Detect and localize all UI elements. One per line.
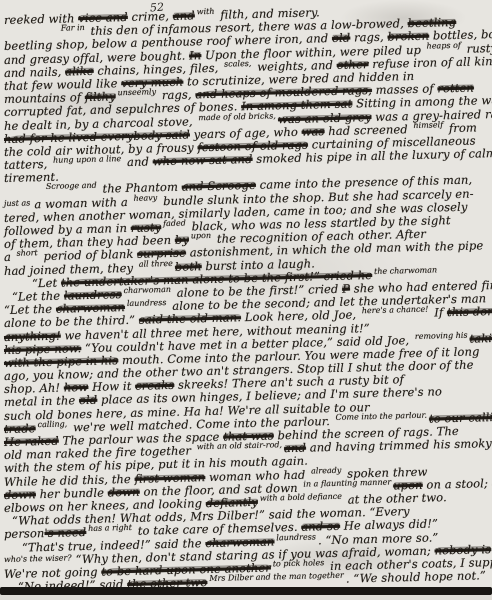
manuscript-page: 52 reeked with vice and crime, andwith f… <box>0 0 492 600</box>
inserted-text: upon <box>191 231 211 240</box>
inserted-text: laundress <box>276 532 316 542</box>
inserted-text: with a bold defiance <box>260 492 342 503</box>
inserted-text: here's a chance! <box>362 305 429 316</box>
text-segment: . “We should hope not.” <box>346 568 486 585</box>
inserted-text: hung upon a line <box>53 154 121 165</box>
margin-note: who's the wiser? <box>4 553 72 564</box>
deleted-text: this don't beat <box>447 303 492 319</box>
inserted-text: the charwoman <box>374 265 437 276</box>
inserted-text: Mrs Dilber and the man together <box>209 571 344 583</box>
inserted-text: with an old stair-rod, <box>197 440 283 451</box>
deleted-text: taking <box>469 330 492 345</box>
inserted-text: short <box>16 249 37 259</box>
photo-edge-light <box>0 595 492 600</box>
deleted-text: old <box>332 31 351 45</box>
inserted-text: made of old bricks, <box>198 111 276 122</box>
deleted-text: was <box>301 124 324 139</box>
inserted-text: unseemly <box>117 87 156 97</box>
inserted-text: all three <box>139 258 173 268</box>
inserted-text: scales, <box>224 59 252 69</box>
inserted-text: charwoman <box>123 285 171 295</box>
inserted-text: heaps of <box>426 40 460 50</box>
inserted-text: himself <box>413 120 443 130</box>
inserted-text: Far in <box>61 23 85 33</box>
inserted-text: calling, <box>37 419 67 429</box>
inserted-text: Come into the parlour. <box>335 410 427 421</box>
inserted-text: in a flaunting manner <box>303 477 391 488</box>
margin-note: just as <box>4 198 31 208</box>
deleted-text: both <box>175 259 202 274</box>
inserted-text: faded <box>163 219 186 229</box>
deleted-text: P <box>342 281 350 295</box>
inserted-text: laundress <box>127 298 167 308</box>
manuscript-text: reeked with vice and crime, andwith filt… <box>4 13 490 593</box>
text-segment: person <box>4 526 45 541</box>
text-segment: rusty keys, <box>463 40 492 56</box>
photo-edge <box>0 587 492 595</box>
inserted-text: already <box>311 465 342 475</box>
inserted-text: heavy <box>133 193 157 203</box>
text-segment: rags, <box>350 30 388 45</box>
text-segment: If <box>430 305 447 319</box>
inserted-text: removing his <box>415 330 468 340</box>
deleted-text: In <box>189 48 201 62</box>
inserted-text: with <box>197 7 215 16</box>
deleted-text: old <box>79 393 98 407</box>
inserted-text: has a right <box>88 523 132 533</box>
inserted-text: Scrooge and <box>46 181 97 191</box>
deleted-text: 's need <box>44 525 86 540</box>
inserted-text: to pick holes <box>273 558 325 568</box>
text-segment: a <box>4 250 15 264</box>
